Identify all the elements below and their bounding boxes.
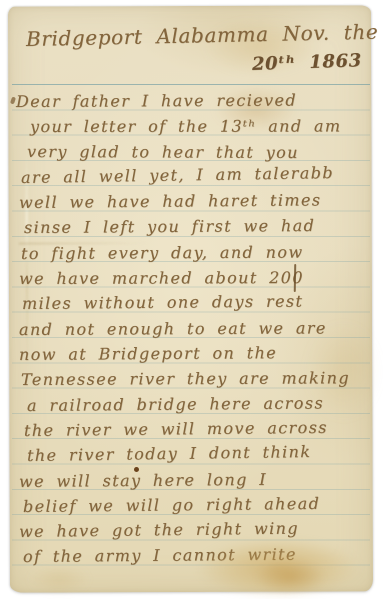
letter-line: of the army I cannot write (23, 545, 297, 566)
letter-line: we have marched about 200 (19, 268, 304, 288)
paper-stain (28, 564, 90, 594)
letter-line: to fight every day, and now (21, 243, 304, 263)
dateline-year: 20ᵗʰ 1863 (252, 50, 363, 75)
letter-line: the river we will move across (24, 418, 328, 440)
letter-line: your letter of the 13ᵗʰ and am (30, 116, 342, 136)
ink-blot (134, 467, 139, 472)
letter-line: well we have had haret times (19, 190, 322, 212)
letter-line: we have got the right wing (19, 519, 299, 541)
letter-line: Tennessee river they are making (21, 368, 350, 389)
letter-line: miles without one days rest (22, 292, 303, 313)
photo-background: Bridgeport Alabamma Nov. the 20ᵗʰ 1863 D… (0, 0, 383, 599)
letter-line: we will stay here long I (19, 470, 267, 491)
letter-line: and not enough to eat we are (19, 318, 327, 339)
letter-line: very glad to hear that you (27, 142, 299, 162)
letter-line: a railroad bridge here across (27, 393, 324, 415)
letter-line: Dear father I have recieved (16, 91, 297, 111)
letter-line: belief we will go right ahead (23, 494, 320, 516)
letter-line: the river today I dont think (27, 442, 312, 465)
letter-line: sinse I left you first we had (24, 216, 315, 237)
letter-line: now at Bridgeport on the (19, 343, 277, 364)
ruled-line-header (12, 84, 370, 85)
